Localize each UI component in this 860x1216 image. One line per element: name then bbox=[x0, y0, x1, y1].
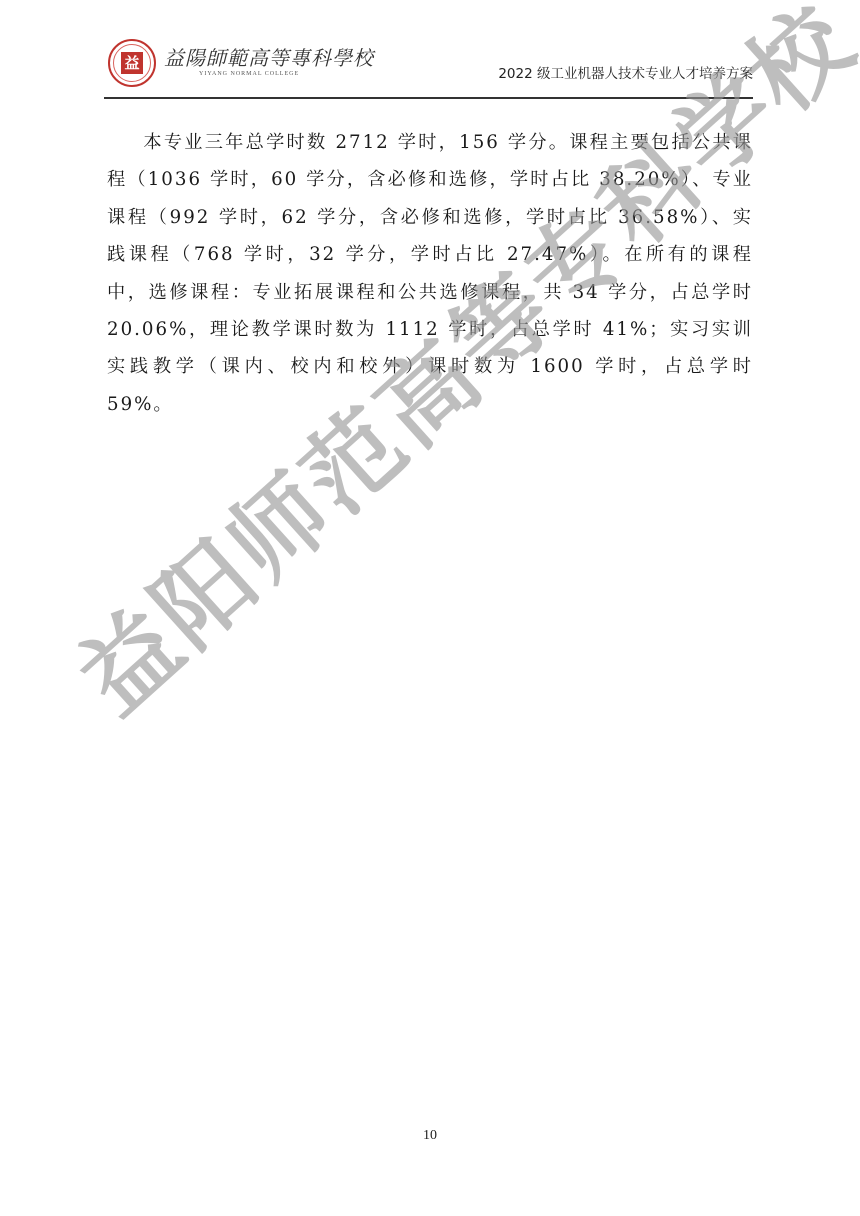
page-number: 10 bbox=[0, 1128, 860, 1144]
body-content: 本专业三年总学时数 2712 学时，156 学分。课程主要包括公共课程（1036… bbox=[107, 124, 753, 423]
school-name-en: YIYANG NORMAL COLLEGE bbox=[199, 71, 299, 77]
seal-glyph: 益 bbox=[121, 52, 143, 74]
school-seal-icon: 益 bbox=[108, 39, 156, 87]
page-header: 益 益陽師範高等專科學校 YIYANG NORMAL COLLEGE 2022 … bbox=[104, 34, 753, 98]
header-divider bbox=[104, 97, 753, 99]
school-name-cn: 益陽師範高等專科學校 bbox=[164, 42, 374, 71]
body-paragraph: 本专业三年总学时数 2712 学时，156 学分。课程主要包括公共课程（1036… bbox=[107, 124, 753, 423]
document-title: 2022 级工业机器人技术专业人才培养方案 bbox=[498, 62, 753, 82]
